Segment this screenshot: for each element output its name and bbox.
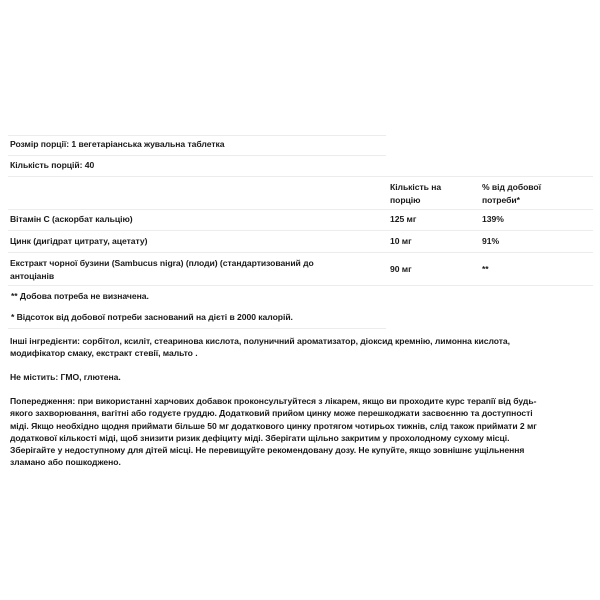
serving-size-label: Розмір порції: (10, 139, 69, 149)
servings-count: Кількість порцій: 40 (10, 160, 94, 170)
row-dv: ** (482, 264, 489, 274)
row-name: Цинк (дигідрат цитрату, ацетату) (10, 236, 147, 246)
divider (8, 328, 386, 329)
divider (8, 176, 593, 177)
footnote-dv-basis: * Відсоток від добової потреби засновани… (11, 312, 293, 322)
divider (8, 285, 593, 286)
row-amount: 10 мг (390, 236, 412, 246)
other-ingredients: Інші інгредієнти: сорбітол, ксиліт, стеа… (10, 335, 594, 360)
row-dv: 91% (482, 236, 499, 246)
warning: Попередження: при використанні харчових … (10, 395, 594, 469)
row-amount: 90 мг (390, 264, 412, 274)
divider (8, 155, 386, 156)
header-amount: Кількість на порцію (390, 181, 441, 207)
row-dv: 139% (482, 214, 504, 224)
serving-size-value: 1 вегетаріанська жувальна таблетка (71, 139, 224, 149)
servings-count-value: 40 (85, 160, 94, 170)
header-daily-value: % від добової потреби* (482, 181, 541, 207)
free-of: Не містить: ГМО, глютена. (10, 371, 594, 383)
row-name: Екстракт чорної бузини (Sambucus nigra) … (10, 257, 314, 283)
divider (8, 209, 593, 210)
serving-size: Розмір порції: 1 вегетаріанська жувальна… (10, 139, 224, 149)
divider (8, 135, 386, 136)
row-amount: 125 мг (390, 214, 416, 224)
footnote-no-dv: ** Добова потреба не визначена. (11, 291, 149, 301)
divider (8, 252, 593, 253)
row-name: Вітамін С (аскорбат кальцію) (10, 214, 133, 224)
divider (8, 230, 593, 231)
servings-count-label: Кількість порцій: (10, 160, 82, 170)
